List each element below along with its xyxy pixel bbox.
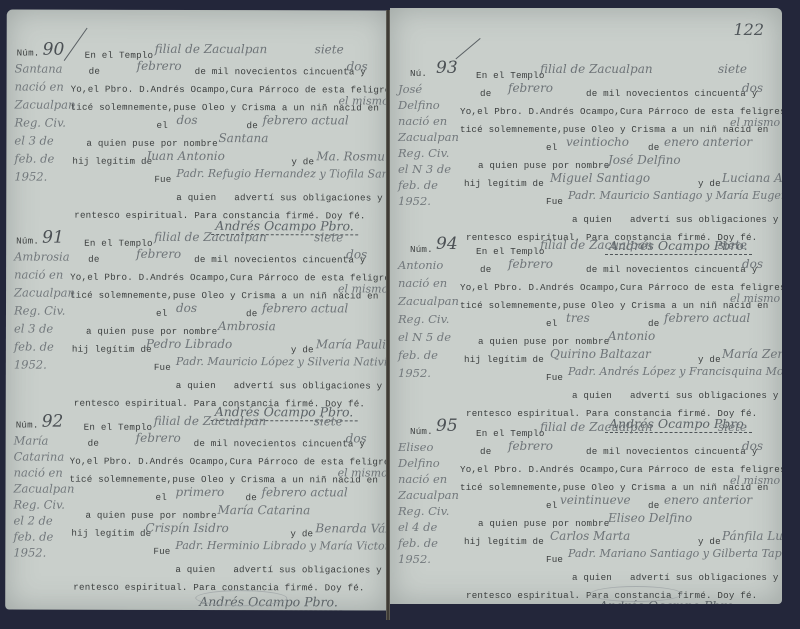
template-parents: hij legítim de [464, 178, 544, 189]
template-temple: En el Templo [476, 70, 545, 81]
margin-registry: Reg. Civ. [13, 498, 64, 512]
template-de: de [480, 446, 491, 457]
mother: Ma. Rosmunda [316, 149, 388, 163]
template-fue: Fue [546, 196, 563, 207]
day: siete [718, 62, 747, 76]
template-fue: Fue [546, 554, 563, 565]
margin-month: feb. de [398, 178, 438, 192]
father: Quirino Baltazar [550, 347, 651, 361]
godparents: Padr. Herminio Librado y María Victoria [175, 539, 388, 553]
child-name: María Catarina [217, 503, 310, 517]
margin-name-2: Delfino [398, 456, 440, 470]
template-year: de mil novecientos cincuenta y [195, 66, 366, 77]
born-in: el mismo lugar [730, 474, 782, 487]
template-name: a quien puse por nombre [85, 510, 216, 521]
template-year: de mil novecientos cincuenta y [194, 254, 365, 265]
temple-name: filial de Zacualpan [155, 42, 268, 56]
margin-month: feb. de [398, 536, 438, 550]
father: Juan Antonio [146, 149, 225, 163]
margin-month: feb. de [398, 348, 438, 362]
godparents: Padr. Refugio Hernandez y Tiofila Santia… [176, 167, 388, 181]
child-name: José Delfino [608, 153, 681, 167]
temple-name: filial de Zacualpan [540, 238, 653, 252]
born-day: dos [176, 301, 197, 315]
template-el: el [155, 492, 166, 503]
margin-date: el N 5 de [398, 330, 451, 344]
margin-born: nació en [398, 472, 447, 486]
father: Crispín Isidro [145, 521, 228, 535]
child-name: Santana [218, 131, 268, 145]
template-name: a quien puse por nombre [86, 326, 217, 337]
entry-number-label: Núm. [16, 236, 39, 247]
closing-flourish [195, 590, 287, 606]
margin-name: Antonio [398, 258, 443, 272]
born-day: primero [176, 485, 225, 499]
margin-name-2: Catarina [14, 450, 65, 464]
godparents: Padr. Mauricio Santiago y María Eugenia [568, 189, 782, 202]
entry-number-label: Núm. [16, 420, 39, 431]
template-parents: hij legítim de [464, 354, 544, 365]
father: Miguel Santiago [550, 171, 650, 185]
template-de2: de [648, 318, 659, 329]
margin-born: nació en [398, 276, 447, 290]
child-name: Antonio [608, 329, 655, 343]
father: Pedro Librado [146, 337, 232, 351]
margin-registry: Reg. Civ. [398, 312, 449, 326]
margin-name: Santana [15, 62, 63, 76]
born-month: enero anterior [664, 493, 752, 507]
born-month: febrero actual [262, 485, 348, 499]
month: febrero [136, 247, 181, 261]
month: febrero [137, 59, 182, 73]
template-fue: Fue [546, 372, 563, 383]
template-quien: a quien [572, 214, 612, 225]
template-quien: a quien [175, 564, 215, 575]
template-quien: a quien [176, 380, 216, 391]
born-in: el mismo lugar [730, 292, 782, 305]
margin-born: nació en [15, 80, 64, 94]
margin-date: el 3 de [14, 134, 53, 148]
margin-year: 1952. [398, 194, 431, 208]
margin-name: Ambrosia [14, 250, 69, 264]
template-y-de: y de [290, 528, 313, 539]
year-suffix: dos [346, 431, 367, 445]
entry-number: 91 [42, 228, 64, 248]
born-day: veintinueve [560, 493, 631, 507]
margin-place: Zacualpan [15, 98, 76, 112]
template-y-de: y de [291, 156, 314, 167]
day: siete [314, 414, 343, 428]
margin-date: el 2 de [13, 514, 52, 528]
month: febrero [136, 431, 181, 445]
template-year: de mil novecientos cincuenta y [194, 438, 365, 449]
entry-number-label: Núm. [410, 426, 433, 437]
year-suffix: dos [742, 439, 763, 453]
born-in: el mismo lugar [339, 94, 389, 107]
template-baptized: ticé solemnemente,puse Oleo y Crisma a u… [70, 290, 379, 302]
template-y-de: y de [291, 344, 314, 355]
margin-month: feb. de [14, 152, 54, 166]
template-el: el [156, 120, 167, 131]
entry-number-label: Nú. [410, 68, 427, 79]
template-de2: de [648, 500, 659, 511]
born-in: el mismo lugar [338, 466, 389, 479]
baptism-entry-90: Núm. 90 En el Templo filial de Zacualpan… [7, 10, 389, 11]
template-fue: Fue [154, 362, 171, 373]
margin-date: el 3 de [14, 322, 53, 336]
template-de: de [89, 66, 100, 77]
born-month: enero anterior [664, 135, 752, 149]
entry-number: 92 [42, 412, 64, 432]
margin-date: el N 3 de [398, 162, 451, 176]
template-parents: hij legítim de [72, 344, 152, 355]
mother: Benarda Vázquez [315, 521, 388, 535]
template-advirti: advertí sus obligaciones y pa- [630, 572, 782, 583]
child-name: Ambrosia [218, 319, 276, 333]
template-year: de mil novecientos cincuenta y [586, 264, 757, 275]
born-in: el mismo lugar [338, 282, 389, 295]
template-de: de [480, 88, 491, 99]
template-baptized: ticé solemnemente,puse Oleo y Crisma a u… [460, 124, 769, 135]
template-fue: Fue [154, 174, 171, 185]
margin-registry: Reg. Civ. [398, 504, 449, 518]
template-name: a quien puse por nombre [478, 336, 609, 347]
margin-place: Zacualpan [14, 482, 75, 496]
day: siete [315, 42, 344, 56]
template-el: el [546, 500, 557, 511]
margin-registry: Reg. Civ. [14, 304, 65, 318]
born-day: tres [566, 311, 590, 325]
template-name: a quien puse por nombre [86, 138, 217, 149]
child-name: Eliseo Delfino [608, 511, 692, 525]
margin-year: 1952. [14, 358, 47, 372]
entry-number-label: Núm. [17, 48, 40, 59]
godparents: Padr. Mariano Santiago y Gilberta Tapia [568, 547, 782, 560]
born-in: el mismo lugar [730, 116, 782, 129]
entry-number: 93 [436, 58, 458, 78]
margin-name: Eliseo [398, 440, 433, 454]
margin-born: nació en [14, 466, 63, 480]
template-y-de: y de [698, 354, 721, 365]
temple-name: filial de Zacualpan [540, 420, 653, 434]
month: febrero [508, 257, 553, 271]
born-month: febrero actual [262, 301, 348, 315]
template-quien: a quien [572, 390, 612, 401]
template-temple: En el Templo [476, 246, 545, 257]
template-advirti: advertí sus obligaciones y pa- [234, 380, 389, 391]
father: Carlos Marta [550, 529, 630, 543]
entry-number: 94 [436, 234, 458, 254]
margin-year: 1952. [14, 170, 47, 184]
mother: Pánfila Luciana [722, 529, 782, 543]
template-parents: hij legítim de [72, 156, 152, 167]
page-number: 122 [733, 20, 764, 39]
template-baptized: ticé solemnemente,puse Oleo y Crisma a u… [70, 474, 379, 486]
entry-number: 95 [436, 416, 458, 436]
template-de: de [480, 264, 491, 275]
left-register-page: Núm. 90 En el Templo filial de Zacualpan… [5, 10, 389, 611]
closing-flourish [590, 586, 682, 602]
day: siete [718, 238, 747, 252]
temple-name: filial de Zacualpan [540, 62, 653, 76]
template-baptized: ticé solemnemente,puse Oleo y Crisma a u… [71, 102, 380, 114]
template-name: a quien puse por nombre [478, 160, 609, 171]
month: febrero [508, 81, 553, 95]
year-suffix: dos [742, 257, 763, 271]
template-de2: de [245, 492, 256, 503]
entry-number-label: Núm. [410, 244, 433, 255]
day: siete [314, 230, 343, 244]
year-suffix: dos [346, 247, 367, 261]
entry-number: 90 [43, 40, 65, 60]
margin-name: María [14, 434, 49, 448]
year-suffix: dos [347, 59, 368, 73]
template-temple: En el Templo [476, 428, 545, 439]
template-el: el [546, 318, 557, 329]
godparents: Padr. Andrés López y Francisquina Morale… [568, 365, 782, 378]
born-day: veintiocho [566, 135, 629, 149]
mother: María Zenobia [722, 347, 782, 361]
template-de2: de [246, 120, 257, 131]
margin-place: Zacualpan [14, 286, 75, 300]
template-name: a quien puse por nombre [478, 518, 609, 529]
template-advirti: advertí sus obligaciones y pa- [630, 214, 782, 225]
margin-year: 1952. [398, 552, 431, 566]
template-year: de mil novecientos cincuenta y [586, 88, 757, 99]
margin-year: 1952. [13, 546, 46, 560]
born-day: dos [176, 113, 197, 127]
template-de2: de [648, 142, 659, 153]
temple-name: filial de Zacualpan [154, 414, 267, 428]
temple-name: filial de Zacualpan [154, 230, 267, 244]
margin-place: Zacualpan [398, 130, 459, 144]
template-el: el [156, 308, 167, 319]
template-quien: a quien [176, 192, 216, 203]
margin-registry: Reg. Civ. [398, 146, 449, 160]
template-baptized: ticé solemnemente,puse Oleo y Crisma a u… [460, 300, 769, 311]
template-y-de: y de [698, 536, 721, 547]
margin-year: 1952. [398, 366, 431, 380]
template-quien: a quien [572, 572, 612, 583]
template-de2: de [246, 308, 257, 319]
born-month: febrero actual [262, 113, 348, 127]
template-de: de [88, 254, 99, 265]
margin-month: feb. de [13, 530, 53, 544]
born-month: febrero actual [664, 311, 750, 325]
template-y-de: y de [698, 178, 721, 189]
template-advirti: advertí sus obligaciones y pa- [234, 192, 389, 203]
template-fue: Fue [153, 546, 170, 557]
mother: Luciana Amelia [722, 171, 782, 185]
margin-month: feb. de [14, 340, 54, 354]
template-advirti: advertí sus obligaciones y pa- [630, 390, 782, 401]
margin-born: nació en [14, 268, 63, 282]
margin-name-2: Delfino [398, 98, 440, 112]
template-de: de [88, 438, 99, 449]
godparents: Padr. Mauricio López y Silveria Nativida… [176, 355, 389, 369]
template-el: el [546, 142, 557, 153]
template-parents: hij legítim de [464, 536, 544, 547]
template-baptized: ticé solemnemente,puse Oleo y Crisma a u… [460, 482, 769, 493]
margin-name: José [398, 82, 422, 96]
mother: María Paulina [316, 337, 389, 351]
year-suffix: dos [742, 81, 763, 95]
template-year: de mil novecientos cincuenta y [586, 446, 757, 457]
month: febrero [508, 439, 553, 453]
margin-born: nació en [398, 114, 447, 128]
margin-place: Zacualpan [398, 294, 459, 308]
template-advirti: advertí sus obligaciones y pa- [233, 564, 388, 575]
margin-place: Zacualpan [398, 488, 459, 502]
template-parents: hij legítim de [71, 528, 151, 539]
right-register-page: 122 Nú. 93 En el Templo filial de Zacual… [390, 8, 782, 604]
margin-registry: Reg. Civ. [14, 116, 65, 130]
day: siete [718, 420, 747, 434]
margin-date: el 4 de [398, 520, 437, 534]
